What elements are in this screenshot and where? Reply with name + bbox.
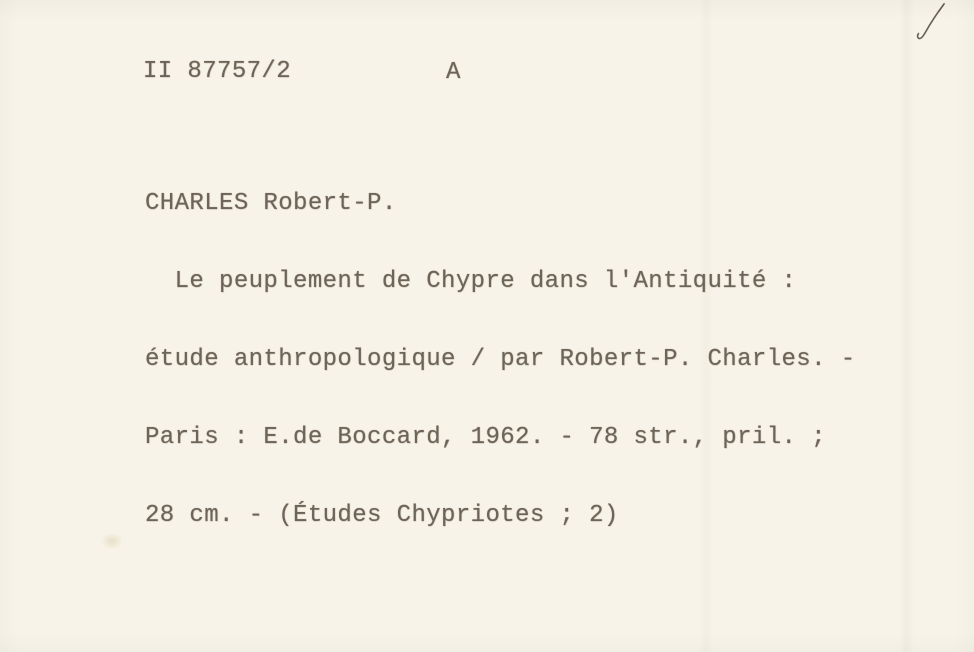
checkmark-icon — [900, 0, 960, 55]
entry-line-imprint: Paris : E.de Boccard, 1962. - 78 str., p… — [145, 425, 856, 451]
entry-line-series: 28 cm. - (Études Chypriotes ; 2) — [145, 503, 856, 529]
bibliographic-entry: CHARLES Robert-P. Le peuplement de Chypr… — [145, 139, 856, 581]
catalog-card: II 87757/2 A CHARLES Robert-P. Le peuple… — [0, 0, 974, 652]
entry-line-statement: étude anthropologique / par Robert-P. Ch… — [145, 347, 856, 373]
entry-line-title: Le peuplement de Chypre dans l'Antiquité… — [145, 269, 856, 295]
call-number: II 87757/2 — [143, 59, 291, 85]
author-heading: CHARLES Robert-P. — [145, 191, 856, 217]
section-letter: A — [446, 60, 461, 86]
